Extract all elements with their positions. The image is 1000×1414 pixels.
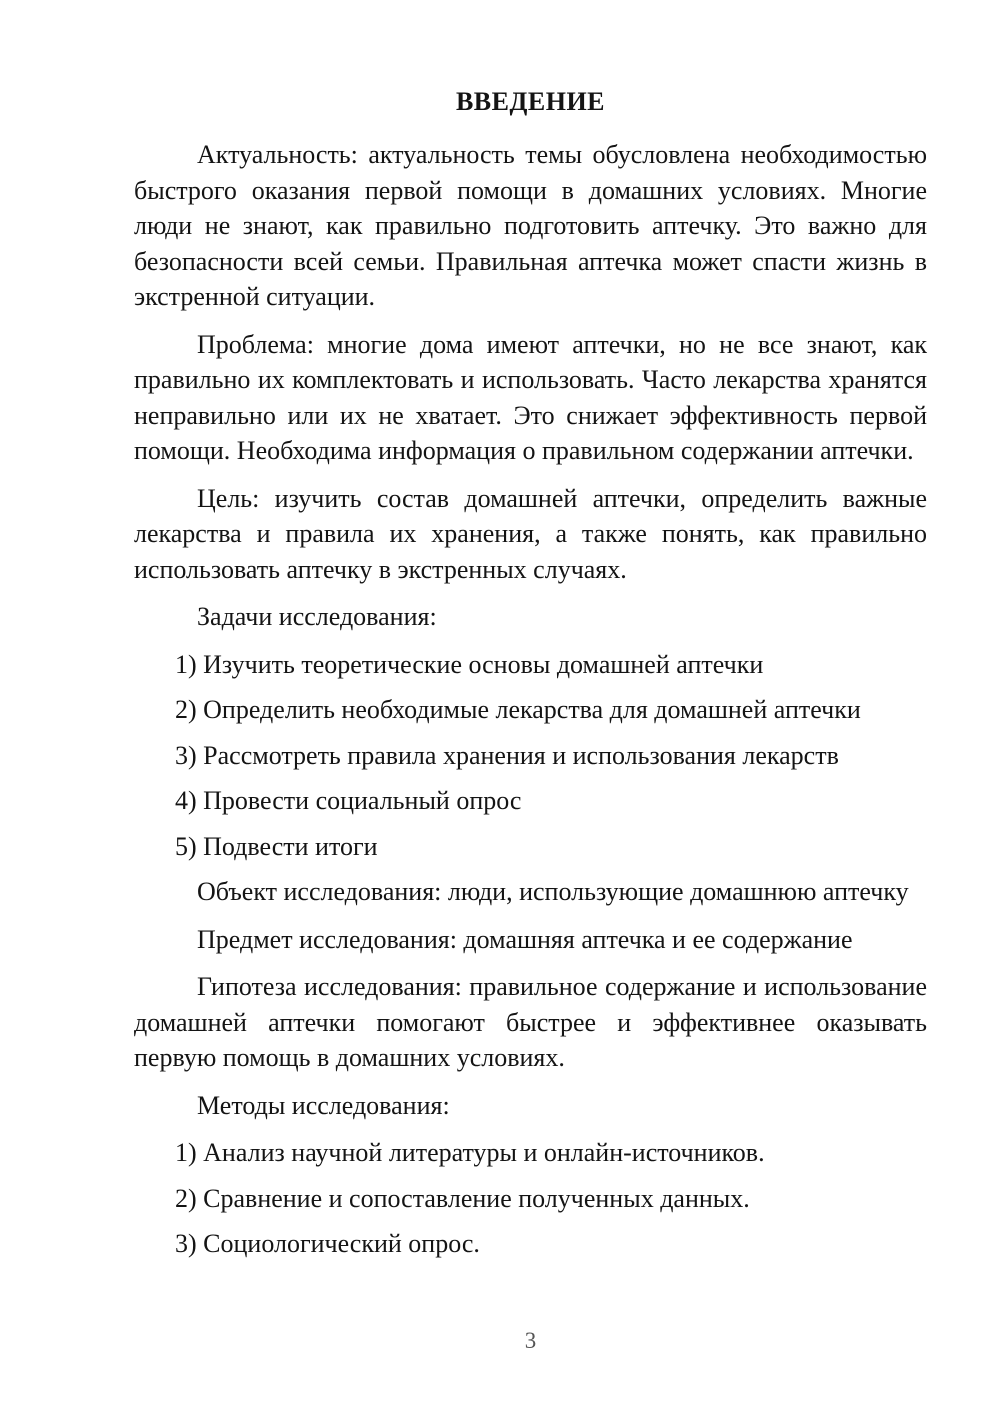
- paragraph-goal: Цель: изучить состав домашней аптечки, о…: [134, 481, 927, 588]
- task-item: 4) Провести социальный опрос: [134, 783, 927, 819]
- task-item: 3) Рассмотреть правила хранения и исполь…: [134, 738, 927, 774]
- paragraph-problem: Проблема: многие дома имеют аптечки, но …: [134, 327, 927, 469]
- task-item: 1) Изучить теоретические основы домашней…: [134, 647, 927, 683]
- paragraph-object: Объект исследования: люди, использующие …: [134, 874, 927, 910]
- methods-heading: Методы исследования:: [134, 1088, 927, 1124]
- task-item: 2) Определить необходимые лекарства для …: [134, 692, 927, 728]
- paragraph-relevance: Актуальность: актуальность темы обусловл…: [134, 137, 927, 315]
- paragraph-subject: Предмет исследования: домашняя аптечка и…: [134, 922, 927, 958]
- task-item: 5) Подвести итоги: [134, 829, 927, 865]
- method-item: 2) Сравнение и сопоставление полученных …: [134, 1181, 927, 1217]
- method-item: 3) Социологический опрос.: [134, 1226, 927, 1262]
- page-content: ВВЕДЕНИЕ Актуальность: актуальность темы…: [134, 84, 927, 1272]
- method-item: 1) Анализ научной литературы и онлайн-ис…: [134, 1135, 927, 1171]
- page-title: ВВЕДЕНИЕ: [134, 84, 927, 120]
- document-page: ВВЕДЕНИЕ Актуальность: актуальность темы…: [0, 0, 1000, 1414]
- tasks-heading: Задачи исследования:: [134, 599, 927, 635]
- page-number: 3: [134, 1327, 927, 1355]
- paragraph-hypothesis: Гипотеза исследования: правильное содерж…: [134, 969, 927, 1076]
